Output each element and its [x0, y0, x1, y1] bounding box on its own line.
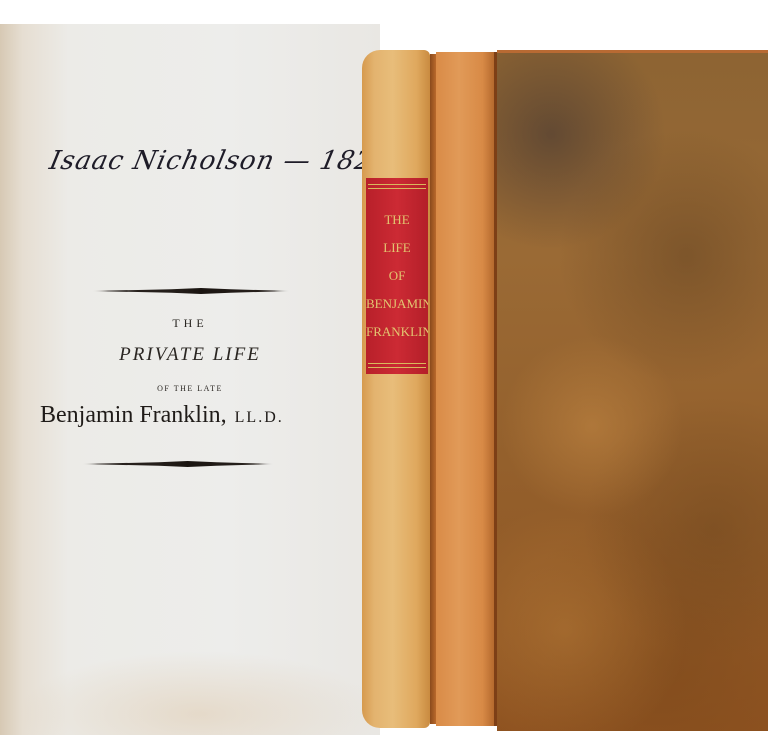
author-degree: LL.D. — [235, 409, 284, 426]
gilt-rule — [368, 184, 426, 185]
spine-label-line: OF — [366, 262, 428, 290]
leather-joint — [436, 52, 494, 726]
title-page: Isaac Nicholson — 1820 THE PRIVATE LIFE … — [0, 24, 380, 735]
title-line-private-life: PRIVATE LIFE — [0, 344, 380, 366]
handwritten-inscription: Isaac Nicholson — 1820 — [47, 146, 373, 176]
ornamental-rule-bottom — [82, 461, 274, 467]
front-cover — [497, 50, 768, 731]
book-spine: THE LIFE OF BENJAMIN FRANKLIN — [362, 50, 430, 728]
spine-label-line: FRANKLIN — [366, 318, 428, 346]
gilt-rule — [368, 367, 426, 368]
spine-label-line: BENJAMIN — [366, 290, 428, 318]
title-line-of-the-late: OF THE LATE — [0, 384, 380, 393]
leather-bound-book: THE LIFE OF BENJAMIN FRANKLIN — [362, 50, 768, 728]
title-line-the: THE — [0, 316, 380, 331]
spine-label-line: LIFE — [366, 234, 428, 262]
author-name: Benjamin Franklin, — [40, 402, 227, 428]
title-line-author: Benjamin Franklin,LL.D. — [40, 402, 284, 429]
spine-label: THE LIFE OF BENJAMIN FRANKLIN — [366, 178, 428, 374]
gilt-rule — [368, 363, 426, 364]
gilt-rule — [368, 188, 426, 189]
ornamental-rule-top — [92, 288, 290, 294]
spine-label-line: THE — [366, 206, 428, 234]
